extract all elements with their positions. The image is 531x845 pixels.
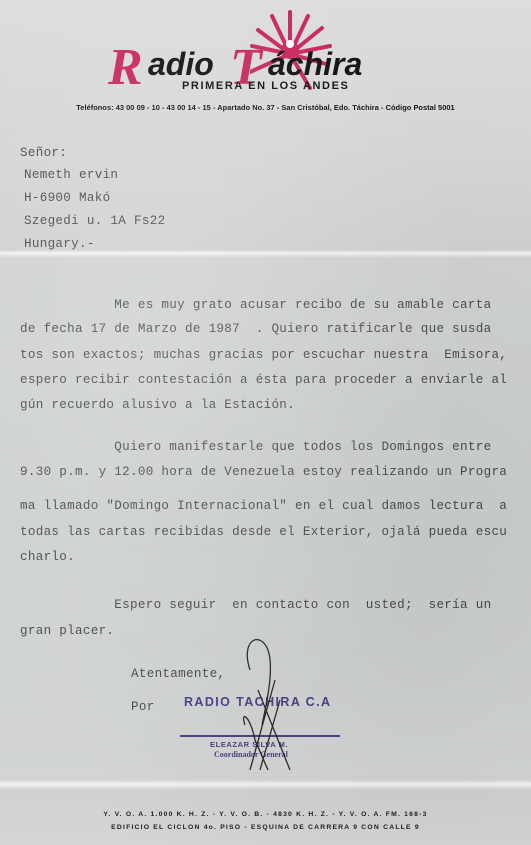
body-line: Espero seguir en contacto con usted; ser… [20, 598, 491, 612]
logo-text-achira: áchira [268, 48, 362, 80]
logo-letter-r: R [108, 42, 141, 94]
body-line: de fecha 17 de Marzo de 1987 . Quiero ra… [20, 322, 491, 336]
body-line: charlo. [20, 550, 75, 564]
body-line: Quiero manifestarle que todos los Doming… [20, 440, 491, 454]
logo-text-adio: adio [148, 48, 214, 80]
letter-paper: R adio T áchira PRIMERA EN LOS ANDES Tel… [0, 0, 531, 845]
recipient-name: Nemeth ervin [24, 168, 118, 182]
body-line: Me es muy grato acusar recibo de su amab… [20, 298, 491, 312]
body-line: gran placer. [20, 624, 114, 638]
handwritten-signature [220, 630, 310, 775]
por-label: Por [131, 700, 155, 714]
body-line: gún recuerdo alusivo a la Estación. [20, 398, 295, 412]
contact-info: Teléfonos: 43 00 09 - 10 - 43 00 14 - 15… [0, 103, 531, 112]
salutation: Señor: [20, 146, 67, 160]
valediction: Atentamente, [131, 667, 225, 681]
body-line: 9.30 p.m. y 12.00 hora de Venezuela esto… [20, 465, 507, 479]
body-line: ma llamado "Domingo Internacional" en el… [20, 499, 507, 513]
body-line: espero recibir contestación a ésta para … [20, 373, 507, 387]
footer-frequencies: Y. V. O. A. 1.000 K. H. Z. - Y. V. O. B.… [0, 811, 531, 818]
body-line: tos son exactos; muchas gracias por escu… [20, 348, 507, 362]
recipient-country: Hungary.- [24, 237, 95, 251]
footer-address: EDIFICIO EL CICLON 4o. PISO - ESQUINA DE… [0, 824, 531, 831]
recipient-street: Szegedi u. 1A Fs22 [24, 214, 165, 228]
recipient-city: H-6900 Makó [24, 191, 110, 205]
body-line: todas las cartas recibidas desde el Exte… [20, 525, 507, 539]
tagline: PRIMERA EN LOS ANDES [182, 80, 349, 92]
